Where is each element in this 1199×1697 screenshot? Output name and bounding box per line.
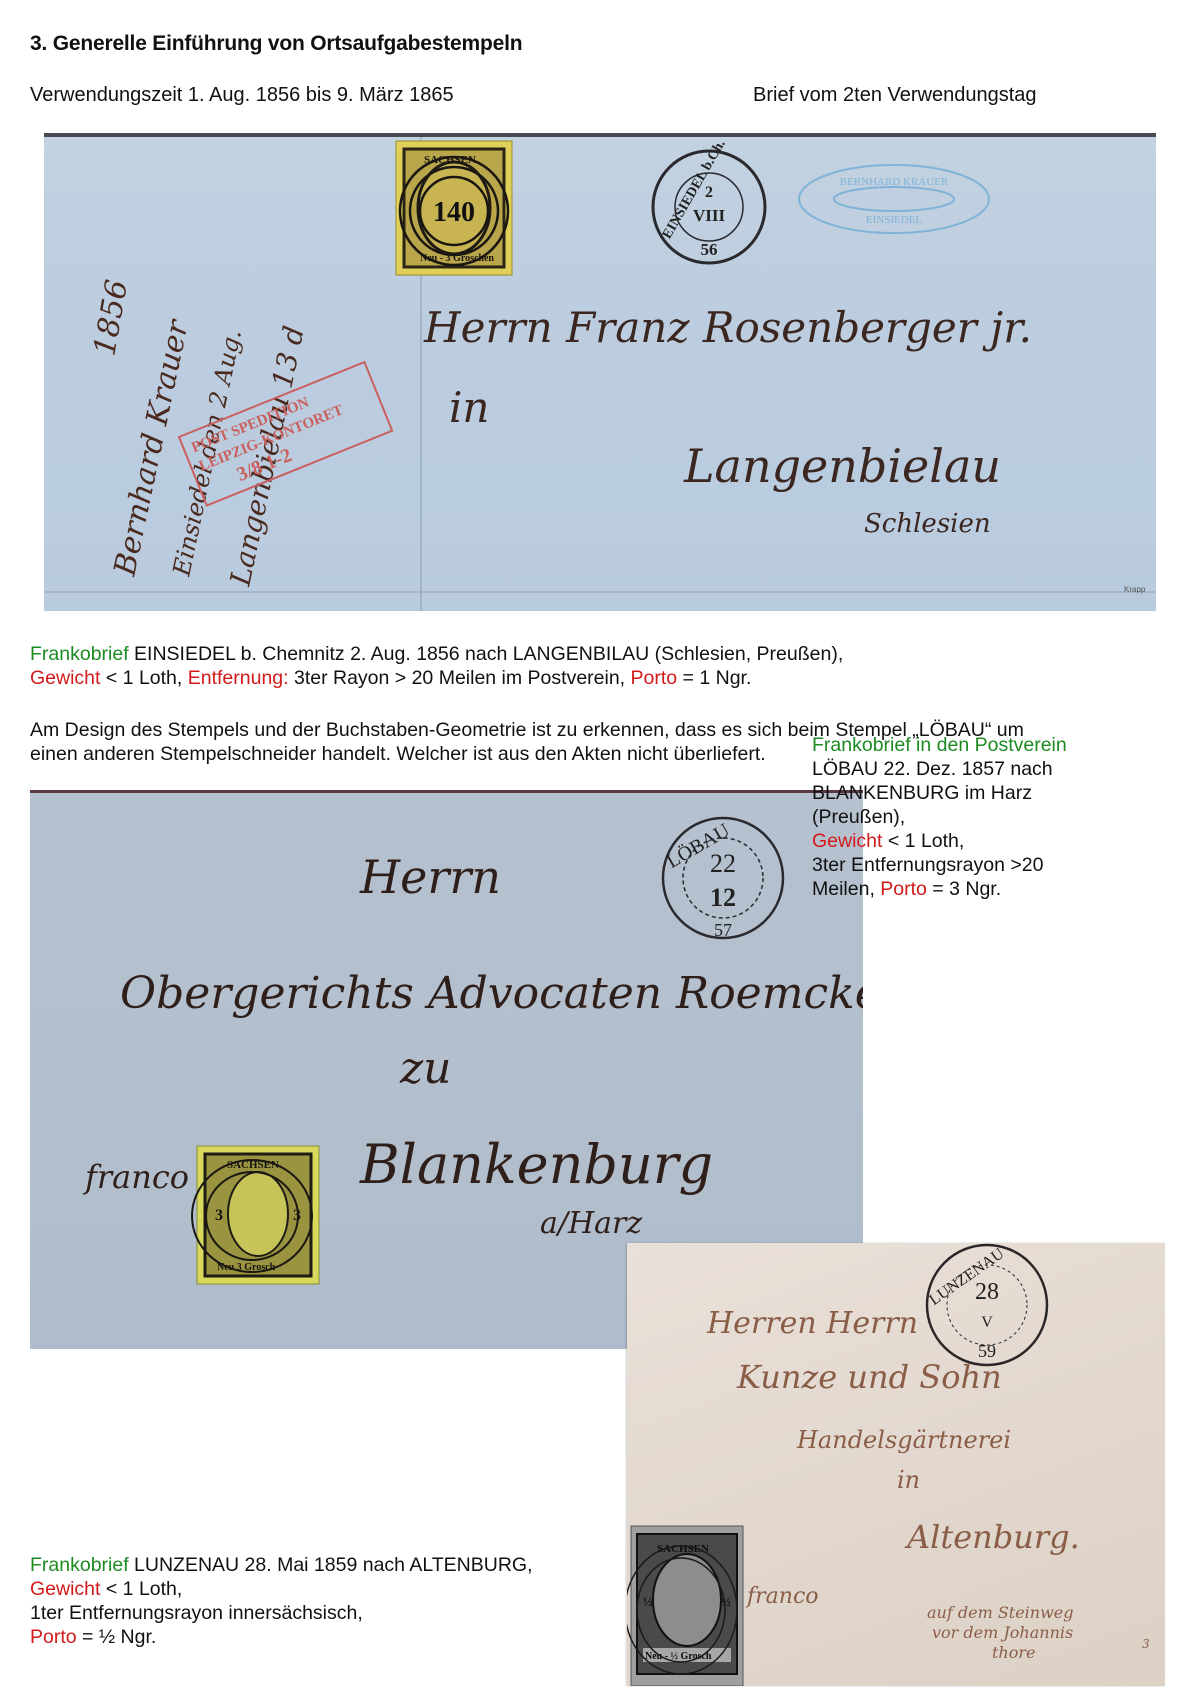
postmark-lunzenau: LUNZENAU 28 V 59 (926, 1245, 1047, 1365)
cover-einsiedel-image: 1856 Bernhard Krauer Einsiedel den 2 Aug… (44, 133, 1156, 611)
postmark-einsiedel: EINSIEDEL b.Ch. 2 VIII 56 (653, 137, 765, 263)
address-profession: Handelsgärtnerei (796, 1426, 1011, 1454)
svg-text:BERNHARD KRAUER: BERNHARD KRAUER (840, 176, 949, 188)
page-title: 3. Generelle Einführung von Ortsaufgabes… (30, 32, 522, 56)
address-note-2: vor dem Johannis (932, 1623, 1073, 1642)
sender-oval-stamp: BERNHARD KRAUER EINSIEDEL (799, 165, 989, 233)
svg-text:V: V (981, 1314, 993, 1331)
svg-text:56: 56 (701, 240, 718, 259)
franco-note: franco (745, 1584, 819, 1609)
address-recipient: Obergerichts Advocaten Roemcke (120, 968, 863, 1019)
cover-lunzenau-image: LUNZENAU 28 V 59 Herren Herrn Kunze und … (627, 1243, 1165, 1686)
address-region: a/Harz (540, 1206, 642, 1241)
svg-text:3: 3 (215, 1207, 223, 1224)
svg-text:EINSIEDEL: EINSIEDEL (866, 214, 922, 226)
address-recipient: Herrn Franz Rosenberger jr. (423, 303, 1032, 352)
address-note-3: thore (992, 1643, 1035, 1662)
address-region: Schlesien (864, 509, 991, 539)
docket-year: 1856 (87, 277, 135, 358)
stamp-sachsen-3ngr-portrait: SACHSEN 3 3 Neu 3 Grosch (192, 1146, 319, 1284)
address-recipient: Kunze und Sohn (736, 1358, 1002, 1396)
caption-lunzenau: Frankobrief LUNZENAU 28. Mai 1859 nach A… (30, 1553, 533, 1649)
svg-text:2: 2 (705, 184, 713, 201)
stamp-sachsen-3ngr: SACHSEN Neu - 3 Groschen 140 (396, 141, 512, 275)
svg-text:VIII: VIII (693, 206, 726, 225)
address-salutation: Herren Herrn (706, 1306, 918, 1341)
address-city: Langenbielau (683, 439, 1001, 493)
address-city: Blankenburg (359, 1133, 713, 1196)
usage-period: Verwendungszeit 1. Aug. 1856 bis 9. März… (30, 84, 454, 107)
stamp-sachsen-half-ngr: SACHSEN ½ ½ Neu - ½ Grosch (627, 1526, 743, 1686)
franco-note: franco (83, 1158, 189, 1196)
svg-text:28: 28 (975, 1279, 999, 1305)
svg-text:12: 12 (710, 883, 736, 912)
address-in: in (449, 383, 489, 432)
address-note-1: auf dem Steinweg (927, 1603, 1074, 1622)
address-in: in (897, 1466, 920, 1494)
svg-text:22: 22 (710, 849, 736, 878)
usage-day-note: Brief vom 2ten Verwendungstag (753, 84, 1037, 107)
svg-text:½: ½ (721, 1594, 731, 1609)
caption-loebau: Frankobrief in den Postverein LÖBAU 22. … (812, 733, 1067, 901)
address-salutation: Herrn (359, 850, 501, 904)
address-city: Altenburg. (904, 1518, 1080, 1556)
svg-text:57: 57 (714, 920, 732, 940)
imprint-mark: Krapp (1124, 585, 1146, 594)
address-zu: zu (399, 1043, 452, 1094)
caption-einsiedel: Frankobrief EINSIEDEL b. Chemnitz 2. Aug… (30, 642, 843, 690)
svg-text:½: ½ (643, 1594, 653, 1609)
postmark-loebau: LÖBAU 22 12 57 (662, 818, 783, 940)
svg-text:140: 140 (433, 197, 475, 228)
pencil-mark: 3 (1142, 1637, 1150, 1651)
